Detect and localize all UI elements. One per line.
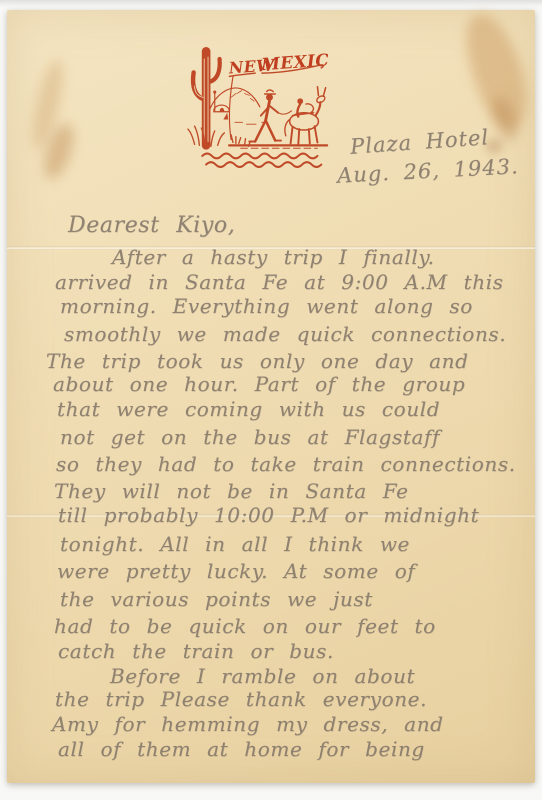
handwriting-line: arrived in Santa Fe at 9:00 A.M this bbox=[55, 269, 504, 296]
handwriting-line: all of them at home for being bbox=[58, 736, 425, 763]
handwriting-line: so they had to take train connections. bbox=[56, 451, 516, 478]
handwriting-line: the trip Please thank everyone. bbox=[55, 686, 427, 713]
letter-location: Plaza Hotel bbox=[349, 125, 490, 159]
age-stain-right bbox=[457, 8, 537, 135]
handwriting-line: about one hour. Part of the group bbox=[53, 371, 465, 398]
salutation-line: Dearest Kiyo, bbox=[68, 212, 235, 239]
handwriting-line: tonight. All in all I think we bbox=[60, 531, 410, 558]
handwriting-line: Amy for hemming my dress, and bbox=[52, 711, 444, 738]
handwriting-line: After a hasty trip I finally. bbox=[112, 244, 435, 271]
handwriting-line: had to be quick on our feet to bbox=[54, 613, 436, 640]
letterhead-title: NEW MEXICO bbox=[227, 48, 329, 77]
burro-icon bbox=[285, 87, 326, 145]
handwriting-line: smoothly we made quick connections. bbox=[64, 321, 506, 348]
scan-background: NEW MEXICO Plaza Hotel Aug. 26, 1943. De… bbox=[0, 0, 542, 800]
handwriting-line: morning. Everything went along so bbox=[60, 293, 473, 320]
grass-icon bbox=[188, 126, 250, 146]
handwriting-line: the various points we just bbox=[60, 586, 373, 613]
ground-waves-icon bbox=[202, 145, 327, 167]
letter-date: Aug. 26, 1943. bbox=[336, 154, 519, 187]
handwriting-line: till probably 10:00 P.M or midnight bbox=[58, 502, 479, 529]
handwriting-line: were pretty lucky. At some of bbox=[57, 558, 415, 585]
age-stain-right-lower bbox=[488, 94, 523, 144]
handwriting-line: They will not be in Santa Fe bbox=[54, 478, 409, 505]
age-stain-left-upper bbox=[27, 57, 69, 152]
handwriting-line: that were coming with us could bbox=[57, 396, 440, 423]
new-mexico-letterhead-illustration: NEW MEXICO bbox=[185, 42, 329, 170]
desert-scene-icon bbox=[210, 76, 268, 139]
handwriting-line: catch the train or bus. bbox=[58, 638, 334, 665]
age-stain-left-lower bbox=[39, 120, 80, 183]
handwriting-line: not get on the bus at Flagstaff bbox=[60, 424, 440, 451]
letter-sheet: NEW MEXICO Plaza Hotel Aug. 26, 1943. De… bbox=[7, 10, 535, 783]
